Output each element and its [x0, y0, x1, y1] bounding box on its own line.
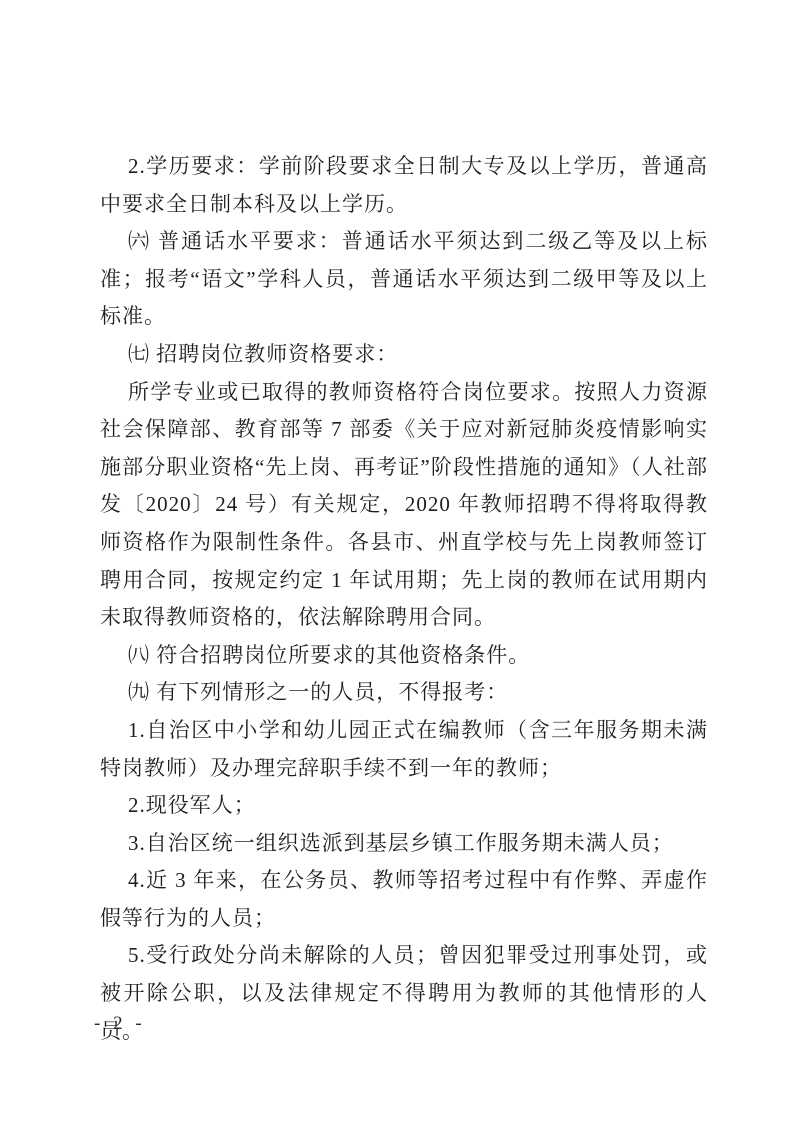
document-body: 2.学历要求：学前阶段要求全日制大专及以上学历，普通高中要求全日制本科及以上学历… — [100, 148, 708, 1050]
paragraph-teacher-cert-heading: ㈦ 招聘岗位教师资格要求： — [100, 336, 708, 374]
paragraph-mandarin-requirement: ㈥ 普通话水平要求：普通话水平须达到二级乙等及以上标准；报考“语文”学科人员，普… — [100, 223, 708, 336]
paragraph-ineligible-item-2: 2.现役军人； — [100, 787, 708, 825]
paragraph-ineligible-item-4: 4.近 3 年来，在公务员、教师等招考过程中有作弊、弄虚作假等行为的人员； — [100, 862, 708, 937]
paragraph-ineligible-heading: ㈨ 有下列情形之一的人员，不得报考： — [100, 674, 708, 712]
paragraph-other-qualifications: ㈧ 符合招聘岗位所要求的其他资格条件。 — [100, 637, 708, 675]
paragraph-ineligible-item-1: 1.自治区中小学和幼儿园正式在编教师（含三年服务期未满特岗教师）及办理完辞职手续… — [100, 712, 708, 787]
paragraph-teacher-cert-detail: 所学专业或已取得的教师资格符合岗位要求。按照人力资源社会保障部、教育部等 7 部… — [100, 374, 708, 637]
document-page: 2.学历要求：学前阶段要求全日制大专及以上学历，普通高中要求全日制本科及以上学历… — [0, 0, 793, 1122]
paragraph-ineligible-item-5: 5.受行政处分尚未解除的人员；曾因犯罪受过刑事处罚，或被开除公职，以及法律规定不… — [100, 937, 708, 1050]
paragraph-education-requirement: 2.学历要求：学前阶段要求全日制大专及以上学历，普通高中要求全日制本科及以上学历… — [100, 148, 708, 223]
page-number: - 2 - — [94, 1013, 146, 1035]
paragraph-ineligible-item-3: 3.自治区统一组织选派到基层乡镇工作服务期未满人员； — [100, 825, 708, 863]
